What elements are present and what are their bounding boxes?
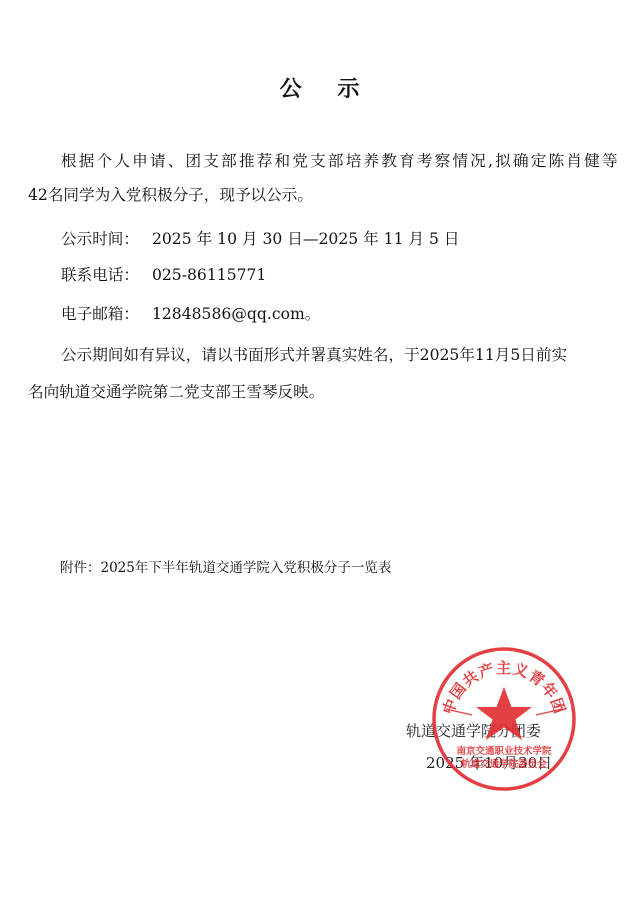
contact-email-label: 电子邮箱： — [61, 305, 139, 323]
signature-organization: 轨道交通学院分团委 — [406, 720, 541, 741]
publicity-period-value: 2025 年 10 月 30 日—2025 年 11 月 5 日 — [152, 230, 460, 248]
publicity-period: 公示时间： 2025 年 10 月 30 日—2025 年 11 月 5 日 — [61, 229, 460, 249]
objection-paragraph-line-1: 公示期间如有异议，请以书面形式并署真实姓名，于2025年11月5日前实 — [61, 345, 567, 365]
signature-date: 2025 年10月30日 — [426, 752, 552, 773]
objection-paragraph-line-2: 名向轨道交通学院第二党支部王雪琴反映。 — [28, 382, 324, 402]
contact-phone-label: 联系电话： — [61, 266, 139, 284]
page-title: 公 示 — [0, 72, 639, 103]
stamp-arc-text: 中国共产主义青年团 — [439, 659, 569, 717]
contact-phone-value: 025-86115771 — [152, 266, 266, 284]
publicity-period-label: 公示时间： — [61, 230, 139, 248]
intro-paragraph-line-2: 42名同学为入党积极分子，现予以公示。 — [28, 185, 313, 205]
contact-email-value: 12848586@qq.com。 — [152, 305, 320, 323]
contact-email: 电子邮箱： 12848586@qq.com。 — [61, 304, 320, 324]
attachment-note: 附件：2025年下半年轨道交通学院入党积极分子一览表 — [60, 556, 391, 576]
intro-paragraph-line-1: 根据个人申请、团支部推荐和党支部培养教育考察情况,拟确定陈肖健等 — [61, 151, 620, 171]
document-page: 公 示 根据个人申请、团支部推荐和党支部培养教育考察情况,拟确定陈肖健等 42名… — [0, 0, 639, 902]
contact-phone: 联系电话： 025-86115771 — [61, 265, 266, 285]
